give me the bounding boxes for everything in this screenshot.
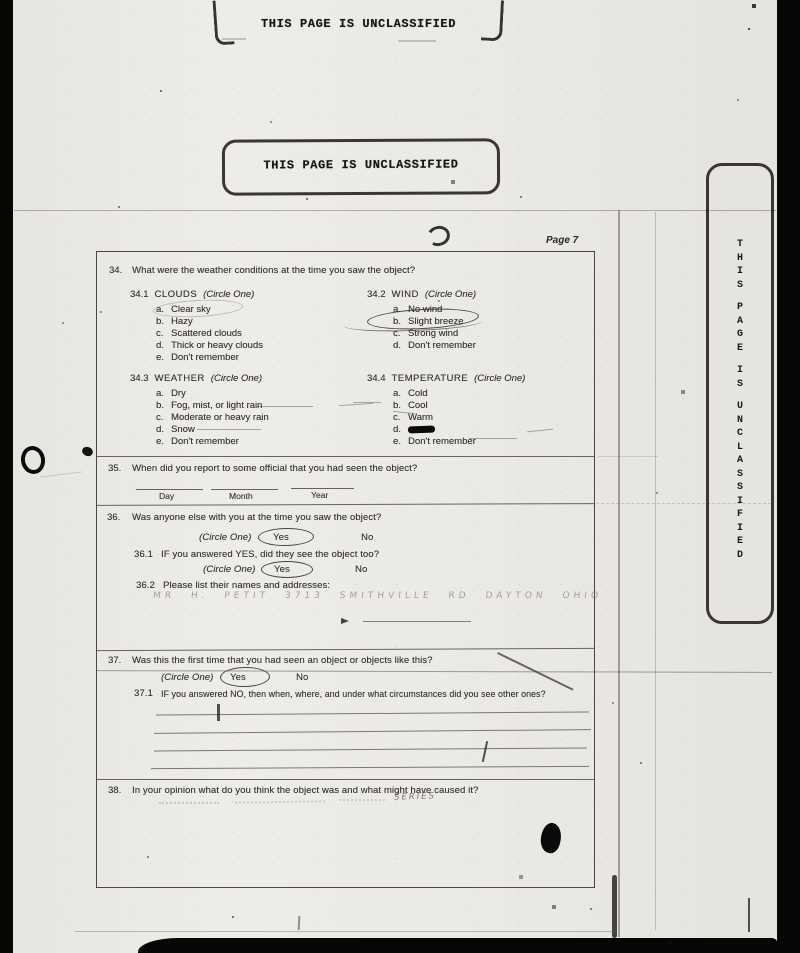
page-number: Page 7	[546, 235, 578, 246]
q36-1-text: IF you answered YES, did they see the ob…	[161, 549, 379, 560]
unclassified-stamp-boxed: THIS PAGE IS UNCLASSIFIED	[222, 138, 500, 195]
stamp-smudge	[398, 40, 436, 42]
q37-no: No	[296, 672, 308, 683]
q36-circle-one: (Circle One)	[199, 532, 251, 543]
section-divider	[97, 456, 594, 457]
q34-3-weather: 34.3 WEATHER (Circle One) a.Dry b.Fog, m…	[130, 373, 269, 448]
year-label: Year	[311, 490, 328, 500]
ink-tick	[482, 741, 488, 762]
q34-4-temperature: 34.4 TEMPERATURE (Circle One) a.Cold b.C…	[367, 373, 525, 448]
q34-3-instruction: (Circle One)	[211, 373, 262, 384]
q37-text: Was this the first time that you had see…	[132, 655, 433, 666]
faint-handwriting-scrawl	[159, 802, 219, 804]
q34-1-instruction: (Circle One)	[203, 289, 254, 300]
copier-streak	[197, 429, 261, 430]
q34-2-title: WIND	[392, 289, 419, 300]
hole-punch-mark	[19, 444, 47, 476]
q36-2-text: Please list their names and addresses:	[163, 580, 330, 591]
year-blank-line	[291, 487, 354, 489]
answer-line	[151, 766, 589, 770]
questionnaire-form: 34. What were the weather conditions at …	[96, 251, 595, 888]
q34-3-title: WEATHER	[155, 373, 205, 384]
scan-tick	[298, 916, 301, 930]
unclassified-stamp-boxed-label: THIS PAGE IS UNCLASSIFIED	[225, 157, 497, 172]
copier-streak	[257, 406, 313, 407]
option-row: d.	[393, 424, 525, 436]
page-fold-line-dark	[612, 875, 617, 938]
option-row: c.Scattered clouds	[156, 328, 263, 340]
scanned-document-page: THIS PAGE IS UNCLASSIFIED THIS PAGE IS U…	[0, 0, 800, 953]
q37-circle-one: (Circle One)	[161, 672, 213, 683]
page-bottom-edge	[75, 931, 616, 932]
unclassified-stamp-side: THISPAGEISUNCLASSIFIED	[706, 163, 774, 624]
arrow-ink-mark	[341, 618, 349, 624]
q36-1-number: 36.1	[134, 549, 153, 560]
handwritten-fragment: SERIES	[394, 791, 436, 802]
answer-line	[154, 747, 587, 752]
copier-streak	[527, 429, 553, 433]
option-row: a.Dry	[156, 388, 269, 400]
q34-text: What were the weather conditions at the …	[132, 265, 415, 276]
q38-number: 38.	[108, 785, 121, 796]
q36-number: 36.	[107, 512, 120, 523]
ink-spot	[81, 445, 94, 457]
ink-blob	[538, 821, 565, 855]
scan-edge-right	[777, 0, 800, 953]
unclassified-stamp-side-label: THISPAGEISUNCLASSIFIED	[709, 238, 771, 562]
q34-1-title: CLOUDS	[155, 289, 198, 300]
section-divider	[97, 779, 594, 780]
option-row: d.Don't remember	[393, 340, 476, 352]
option-row: d.Thick or heavy clouds	[156, 340, 263, 352]
q34-4-title: TEMPERATURE	[392, 373, 469, 384]
copier-streak	[469, 438, 517, 439]
q36-text: Was anyone else with you at the time you…	[132, 512, 381, 523]
q37-1-text: IF you answered NO, then when, where, an…	[161, 689, 546, 699]
month-label: Month	[229, 491, 253, 501]
pen-line	[363, 621, 471, 622]
q34-2-instruction: (Circle One)	[425, 289, 476, 300]
q36-no: No	[361, 532, 373, 543]
day-blank-line	[136, 488, 203, 490]
unclassified-stamp-top: THIS PAGE IS UNCLASSIFIED	[261, 17, 456, 31]
q34-number: 34.	[109, 265, 122, 276]
option-row: b.Hazy	[156, 316, 263, 328]
staple-mark	[425, 223, 452, 248]
pen-scratch	[40, 471, 82, 477]
faint-handwriting-scrawl	[339, 799, 385, 801]
copier-streak	[353, 402, 381, 403]
paper-specks	[0, 0, 2, 2]
page-fold-line-2	[655, 212, 656, 930]
section-divider	[97, 503, 594, 506]
stamp-smudge	[222, 38, 246, 40]
copier-streak-right	[598, 456, 658, 457]
option-row: c.Moderate or heavy rain	[156, 412, 269, 424]
q37-1-number: 37.1	[134, 688, 153, 699]
option-row: a.Cold	[393, 388, 525, 400]
answer-line	[154, 729, 591, 735]
option-row: b.Fog, mist, or light rain	[156, 400, 269, 412]
q36-2-number: 36.2	[136, 580, 155, 591]
redacted-option-value	[408, 426, 435, 434]
stamp-corner-bracket-right	[481, 0, 504, 42]
scan-edge-bottom	[138, 938, 777, 953]
scan-tick	[748, 898, 750, 932]
q35-number: 35.	[108, 463, 121, 474]
q34-3-number: 34.3	[130, 373, 149, 384]
month-blank-line	[211, 488, 278, 490]
option-row: d.Snow	[156, 424, 269, 436]
scan-edge-left	[0, 0, 13, 953]
q34-4-instruction: (Circle One)	[474, 373, 525, 384]
answer-line	[156, 711, 589, 716]
option-row: b.Cool	[393, 400, 525, 412]
handwritten-names-addresses: MR H. PETIT 3713 SMITHVILLE RD DAYTON OH…	[152, 591, 602, 601]
faint-handwriting-scrawl	[235, 800, 325, 804]
page-top-edge	[14, 210, 776, 211]
section-divider	[97, 648, 594, 651]
q37-number: 37.	[108, 655, 121, 666]
option-row: e.Don't remember	[156, 352, 263, 364]
q35-text: When did you report to some official tha…	[132, 463, 417, 474]
q34-4-number: 34.4	[367, 373, 386, 384]
q36-1-no: No	[355, 564, 367, 575]
option-row: e.Don't remember	[156, 436, 269, 448]
pen-circle-q36-yes	[258, 528, 314, 547]
day-label: Day	[159, 491, 174, 501]
q36-1-circle-one: (Circle One)	[203, 564, 255, 575]
page-fold-line	[618, 210, 620, 937]
ink-tick	[217, 704, 220, 721]
q34-2-number: 34.2	[367, 289, 386, 300]
pen-circle-q36-1-yes	[261, 561, 313, 578]
q34-1-number: 34.1	[130, 289, 149, 300]
